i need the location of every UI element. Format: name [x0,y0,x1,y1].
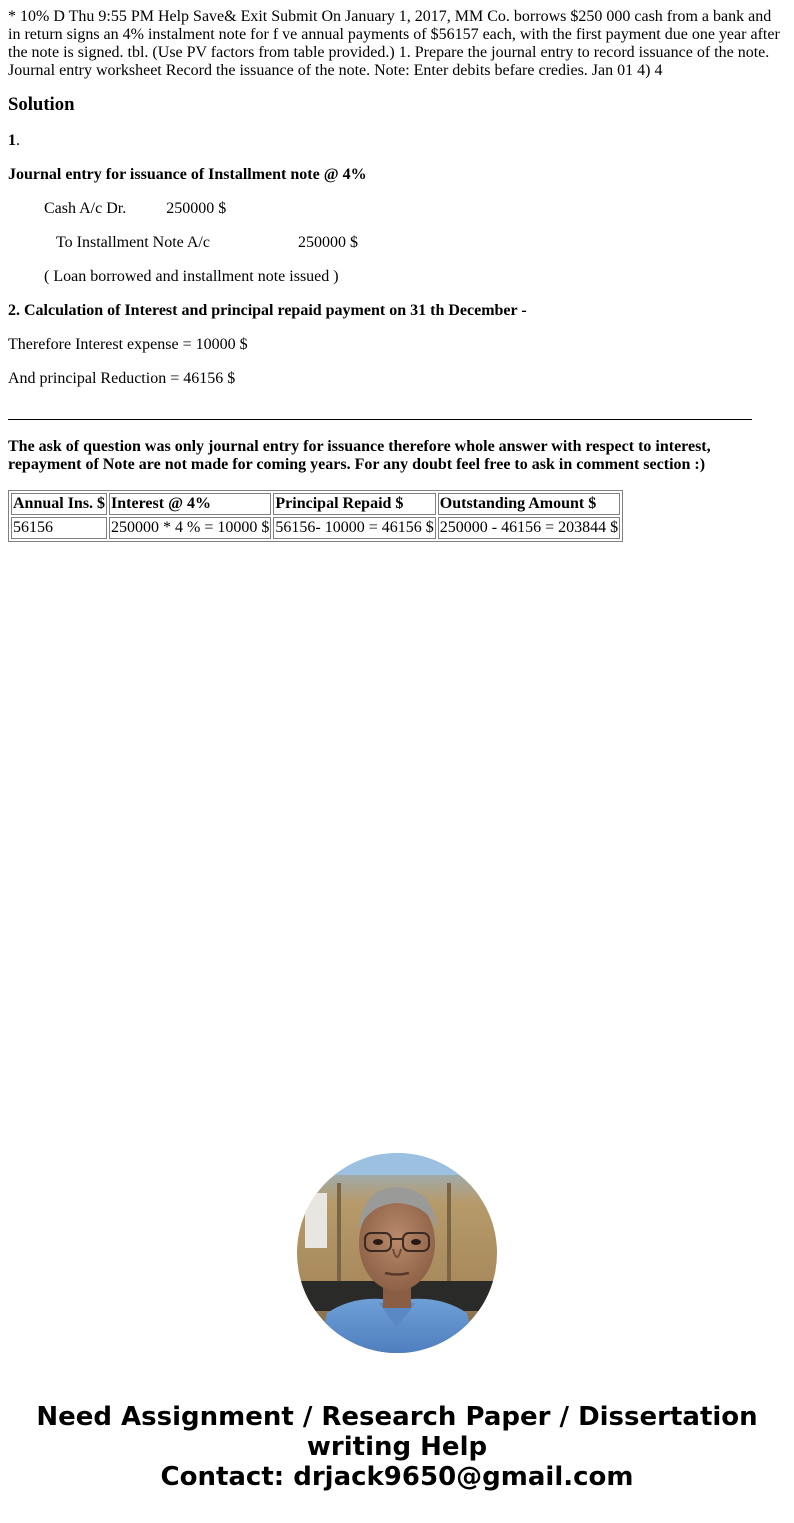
credit-account: To Installment Note A/c [56,234,210,251]
part1-number: 1 [8,132,16,149]
table-row: 56156 250000 * 4 % = 10000 $ 56156- 1000… [11,517,620,539]
promo-contact: Contact: drjack9650@gmail.com [0,1462,794,1492]
person-photo-icon [297,1153,497,1353]
amortization-table: Annual Ins. $ Interest @ 4% Principal Re… [8,490,623,542]
journal-heading-text: Journal entry for issuance of Installmen… [8,166,367,183]
principal-reduction-line: And principal Reduction = 46156 $ [8,370,786,388]
debit-account: Cash A/c Dr. [44,200,126,217]
part2-heading: 2. Calculation of Interest and principal… [8,302,786,320]
cell-annual-installment: 56156 [11,517,107,539]
promo-line-2: writing Help [0,1432,794,1462]
journal-heading: Journal entry for issuance of Installmen… [8,166,786,184]
closing-note: The ask of question was only journal ent… [8,438,786,474]
document-body: * 10% D Thu 9:55 PM Help Save& Exit Subm… [0,0,794,542]
part2-heading-text: 2. Calculation of Interest and principal… [8,302,527,319]
interest-expense-line: Therefore Interest expense = 10000 $ [8,336,786,354]
debit-amount: 250000 $ [166,200,226,217]
journal-credit-line: To Installment Note A/c250000 $ [8,234,786,252]
header-principal-repaid: Principal Repaid $ [273,493,435,515]
journal-debit-line: Cash A/c Dr.250000 $ [8,200,786,218]
cell-interest: 250000 * 4 % = 10000 $ [109,517,271,539]
header-annual-installment: Annual Ins. $ [11,493,107,515]
promo-banner: Need Assignment / Research Paper / Disse… [0,1402,794,1492]
promo-line-1: Need Assignment / Research Paper / Disse… [0,1402,794,1432]
part1-suffix: . [16,132,20,149]
header-outstanding-amount: Outstanding Amount $ [438,493,620,515]
part1-label: 1. [8,132,786,150]
solution-title: Solution [8,94,786,116]
tutor-avatar [297,1153,497,1353]
cell-outstanding-amount: 250000 - 46156 = 203844 $ [438,517,620,539]
table-header-row: Annual Ins. $ Interest @ 4% Principal Re… [11,493,620,515]
divider [8,419,752,420]
header-interest: Interest @ 4% [109,493,271,515]
cell-principal-repaid: 56156- 10000 = 46156 $ [273,517,435,539]
credit-amount: 250000 $ [298,234,358,251]
journal-narration: ( Loan borrowed and installment note iss… [8,268,786,286]
question-text: * 10% D Thu 9:55 PM Help Save& Exit Subm… [8,8,786,80]
